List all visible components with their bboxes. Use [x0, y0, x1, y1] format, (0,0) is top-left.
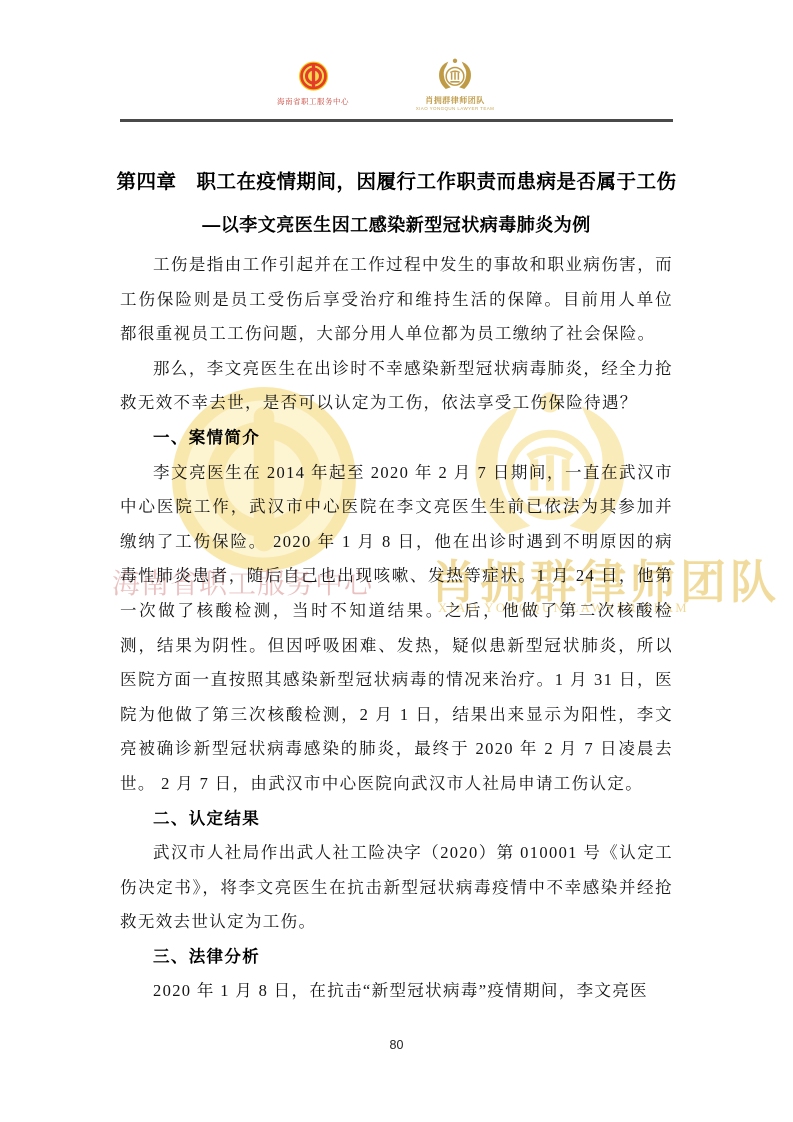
paragraph-case-brief: 李文亮医生在 2014 年起至 2020 年 2 月 7 日期间，一直在武汉市中…	[120, 456, 673, 802]
header-right-logo: 肖拥群律师团队 XIAO YONGQUN LAWYER TEAM	[406, 57, 504, 111]
header-right-logo-caption-en: XIAO YONGQUN LAWYER TEAM	[406, 106, 504, 111]
header-divider	[120, 119, 673, 122]
chapter-title-line2: —以李文亮医生因工感染新型冠状病毒肺炎为例	[110, 204, 683, 247]
paragraph-legal-analysis: 2020 年 1 月 8 日，在抗击“新型冠状病毒”疫情期间，李文亮医	[120, 974, 673, 1009]
header-left-logo: 海南省职工服务中心	[271, 60, 355, 107]
lawyer-team-emblem-icon	[433, 57, 477, 94]
chapter-title-line1: 第四章 职工在疫情期间，因履行工作职责而患病是否属于工伤	[110, 161, 683, 204]
header-right-logo-caption: 肖拥群律师团队	[406, 95, 504, 106]
section-heading-legal-analysis: 三、法律分析	[120, 940, 673, 975]
paragraph-determination-result: 武汉市人社局作出武人社工险决字（2020）第 010001 号《认定工伤决定书》…	[120, 836, 673, 940]
page-number: 80	[0, 1038, 793, 1052]
paragraph-intro-1: 工伤是指由工作引起并在工作过程中发生的事故和职业病伤害，而工伤保险则是员工受伤后…	[120, 248, 673, 352]
chapter-title: 第四章 职工在疫情期间，因履行工作职责而患病是否属于工伤 —以李文亮医生因工感染…	[110, 161, 683, 247]
section-heading-determination-result: 二、认定结果	[120, 802, 673, 837]
document-body: 工伤是指由工作引起并在工作过程中发生的事故和职业病伤害，而工伤保险则是员工受伤后…	[120, 248, 673, 1009]
union-emblem-icon	[297, 60, 330, 94]
paragraph-intro-2: 那么，李文亮医生在出诊时不幸感染新型冠状病毒肺炎，经全力抢救无效不幸去世，是否可…	[120, 352, 673, 421]
header-left-logo-caption: 海南省职工服务中心	[271, 96, 355, 107]
document-page: 海南省职工服务中心 肖拥群律师团队 XIAO YONGQUN LAWYER TE…	[0, 0, 793, 1122]
section-heading-case-brief: 一、案情简介	[120, 421, 673, 456]
